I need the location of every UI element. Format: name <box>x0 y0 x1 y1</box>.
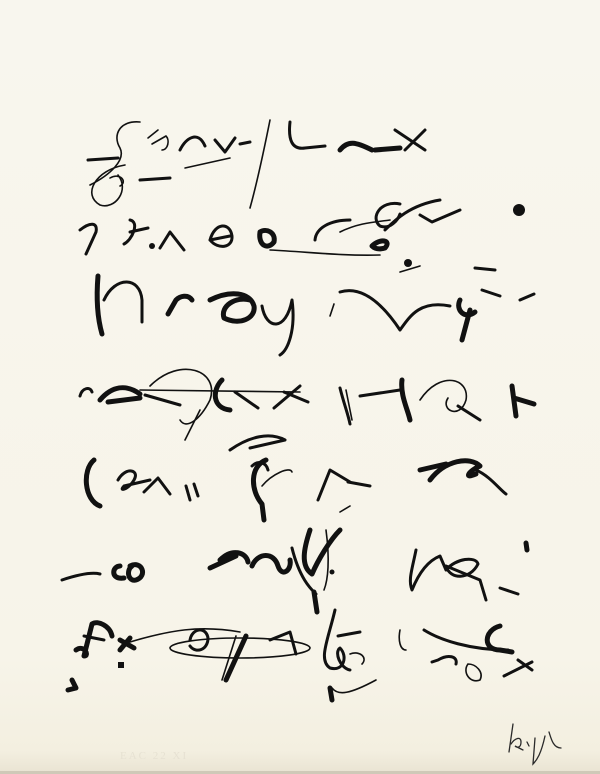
script-row-1 <box>88 120 425 208</box>
script-row-2 <box>80 200 525 255</box>
paper-sheet: Asemic calligraphy — black ink brush str… <box>0 0 600 774</box>
artist-signature <box>505 718 565 768</box>
script-row-5 <box>86 410 506 520</box>
script-row-3 <box>97 259 534 355</box>
script-row-6 <box>62 530 527 600</box>
calligraphy-artwork <box>0 0 600 774</box>
script-row-4 <box>80 369 534 424</box>
script-row-7 <box>68 592 532 700</box>
faint-reverse-inscription: EAC 22 XI <box>120 750 188 762</box>
